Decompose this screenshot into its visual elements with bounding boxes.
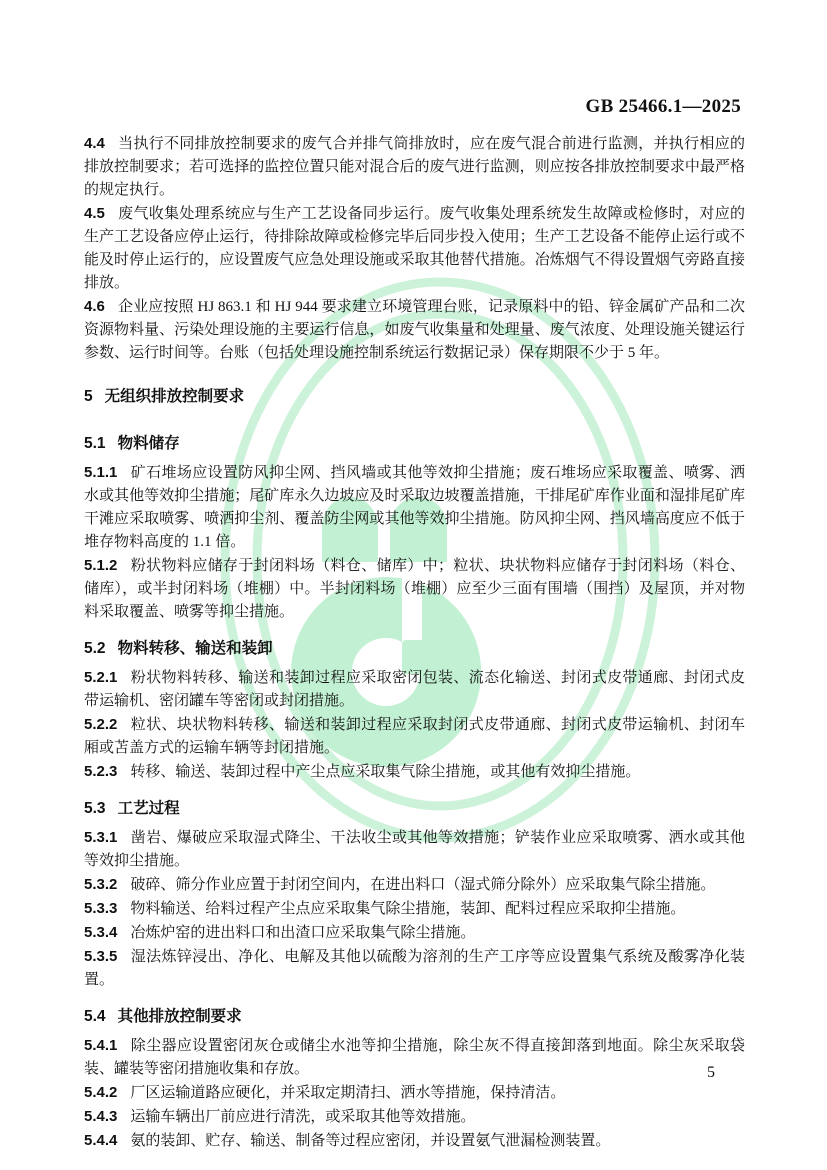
clause-number: 5.2.2 (84, 716, 117, 733)
clause-5-3-3: 5.3.3物料输送、给料过程产尘点应采取集气除尘措施，装卸、配料过程应采取抑尘措… (84, 897, 745, 921)
clause-number: 5.4.3 (84, 1108, 117, 1125)
page-number: 5 (707, 1064, 715, 1082)
clause-text: 废气收集处理系统应与生产工艺设备同步运行。废气收集处理系统发生故障或检修时，对应… (84, 206, 745, 291)
clause-number: 5.3.1 (84, 829, 117, 846)
section-title: 物料储存 (118, 435, 180, 452)
clause-number: 4.5 (84, 205, 105, 222)
clause-text: 粉状物料转移、输送和装卸过程应采取密闭包装、流态化输送、封闭式皮带通廊、封闭式皮… (84, 670, 745, 709)
clause-text: 厂区运输道路应硬化，并采取定期清扫、洒水等措施，保持清洁。 (130, 1085, 565, 1101)
clause-5-3-1: 5.3.1凿岩、爆破应采取湿式降尘、干法收尘或其他等效措施；铲装作业应采取喷雾、… (84, 826, 745, 873)
clause-number: 4.6 (84, 298, 105, 315)
clause-text: 矿石堆场应设置防风抑尘网、挡风墙或其他等效抑尘措施；废石堆场应采取覆盖、喷雾、洒… (84, 465, 745, 550)
clause-number: 5.3.4 (84, 924, 117, 941)
document-body: 4.4当执行不同排放控制要求的废气合并排气筒排放时，应在废气混合前进行监测，并执… (84, 132, 745, 1153)
clause-5-1-2: 5.1.2粉状物料应储存于封闭料场（料仓、储库）中；粒状、块状物料应储存于封闭料… (84, 554, 745, 624)
clause-text: 运输车辆出厂前应进行清洗，或采取其他等效措施。 (130, 1109, 475, 1125)
section-number: 5.2 (84, 640, 106, 657)
section-number: 5.3 (84, 800, 106, 817)
clause-number: 5.1.1 (84, 464, 117, 481)
clause-text: 粉状物料应储存于封闭料场（料仓、储库）中；粒状、块状物料应储存于封闭料场（料仓、… (84, 558, 745, 620)
clause-5-3-5: 5.3.5湿法炼锌浸出、净化、电解及其他以硫酸为溶剂的生产工序等应设置集气系统及… (84, 945, 745, 992)
clause-text: 粒状、块状物料转移、输送和装卸过程应采取封闭式皮带通廊、封闭式皮带运输机、封闭车… (84, 717, 745, 756)
section-number: 5 (84, 388, 93, 405)
clause-4-4: 4.4当执行不同排放控制要求的废气合并排气筒排放时，应在废气混合前进行监测，并执… (84, 132, 745, 202)
clause-number: 5.3.3 (84, 900, 117, 917)
clause-text: 转移、输送、装卸过程中产尘点应采取集气除尘措施，或其他有效抑尘措施。 (130, 764, 640, 780)
section-heading-5-1: 5.1物料储存 (84, 432, 745, 455)
clause-number: 4.4 (84, 135, 105, 152)
clause-5-1-1: 5.1.1矿石堆场应设置防风抑尘网、挡风墙或其他等效抑尘措施；废石堆场应采取覆盖… (84, 461, 745, 554)
clause-5-3-4: 5.3.4冶炼炉窑的进出料口和出渣口应采取集气除尘措施。 (84, 921, 745, 945)
clause-text: 凿岩、爆破应采取湿式降尘、干法收尘或其他等效措施；铲装作业应采取喷雾、洒水或其他… (84, 830, 745, 869)
section-heading-5-4: 5.4其他排放控制要求 (84, 1005, 745, 1028)
clause-5-4-3: 5.4.3运输车辆出厂前应进行清洗，或采取其他等效措施。 (84, 1105, 745, 1129)
clause-number: 5.4.1 (84, 1037, 117, 1054)
clause-5-4-2: 5.4.2厂区运输道路应硬化，并采取定期清扫、洒水等措施，保持清洁。 (84, 1081, 745, 1105)
clause-text: 物料输送、给料过程产尘点应采取集气除尘措施，装卸、配料过程应采取抑尘措施。 (130, 901, 685, 917)
section-title: 工艺过程 (118, 800, 180, 817)
clause-5-2-1: 5.2.1粉状物料转移、输送和装卸过程应采取密闭包装、流态化输送、封闭式皮带通廊… (84, 666, 745, 713)
clause-4-5: 4.5废气收集处理系统应与生产工艺设备同步运行。废气收集处理系统发生故障或检修时… (84, 202, 745, 295)
document-page: GB 25466.1—2025 4.4当执行不同排放控制要求的废气合并排气筒排放… (0, 0, 827, 1170)
section-heading-5-3: 5.3工艺过程 (84, 797, 745, 820)
section-heading-5-2: 5.2物料转移、输送和装卸 (84, 637, 745, 660)
clause-number: 5.1.2 (84, 557, 117, 574)
clause-5-4-1: 5.4.1除尘器应设置密闭灰仓或储尘水池等抑尘措施，除尘灰不得直接卸落到地面。除… (84, 1034, 745, 1081)
clause-5-2-3: 5.2.3转移、输送、装卸过程中产尘点应采取集气除尘措施，或其他有效抑尘措施。 (84, 760, 745, 784)
doc-number-header: GB 25466.1—2025 (586, 96, 741, 118)
clause-text: 冶炼炉窑的进出料口和出渣口应采取集气除尘措施。 (130, 925, 475, 941)
clause-number: 5.3.5 (84, 948, 117, 965)
section-number: 5.4 (84, 1008, 106, 1025)
clause-number: 5.3.2 (84, 876, 117, 893)
clause-text: 氨的装卸、贮存、输送、制备等过程应密闭，并设置氨气泄漏检测装置。 (130, 1133, 610, 1149)
section-title: 物料转移、输送和装卸 (118, 640, 273, 657)
clause-text: 企业应按照 HJ 863.1 和 HJ 944 要求建立环境管理台账，记录原料中… (84, 299, 745, 361)
clause-text: 湿法炼锌浸出、净化、电解及其他以硫酸为溶剂的生产工序等应设置集气系统及酸雾净化装… (84, 949, 745, 988)
clause-text: 破碎、筛分作业应置于封闭空间内，在进出料口（湿式筛分除外）应采取集气除尘措施。 (130, 877, 715, 893)
section-heading-5: 5无组织排放控制要求 (84, 385, 745, 408)
section-title: 无组织排放控制要求 (105, 388, 245, 405)
clause-number: 5.4.2 (84, 1084, 117, 1101)
clause-text: 当执行不同排放控制要求的废气合并排气筒排放时，应在废气混合前进行监测，并执行相应… (84, 136, 745, 198)
clause-number: 5.2.1 (84, 669, 117, 686)
clause-number: 5.4.4 (84, 1132, 117, 1149)
clause-text: 除尘器应设置密闭灰仓或储尘水池等抑尘措施，除尘灰不得直接卸落到地面。除尘灰采取袋… (84, 1038, 745, 1077)
clause-5-2-2: 5.2.2粒状、块状物料转移、输送和装卸过程应采取封闭式皮带通廊、封闭式皮带运输… (84, 713, 745, 760)
clause-number: 5.2.3 (84, 763, 117, 780)
clause-4-6: 4.6企业应按照 HJ 863.1 和 HJ 944 要求建立环境管理台账，记录… (84, 295, 745, 365)
clause-5-3-2: 5.3.2破碎、筛分作业应置于封闭空间内，在进出料口（湿式筛分除外）应采取集气除… (84, 873, 745, 897)
clause-5-4-4: 5.4.4氨的装卸、贮存、输送、制备等过程应密闭，并设置氨气泄漏检测装置。 (84, 1129, 745, 1153)
section-title: 其他排放控制要求 (118, 1008, 242, 1025)
section-number: 5.1 (84, 435, 106, 452)
